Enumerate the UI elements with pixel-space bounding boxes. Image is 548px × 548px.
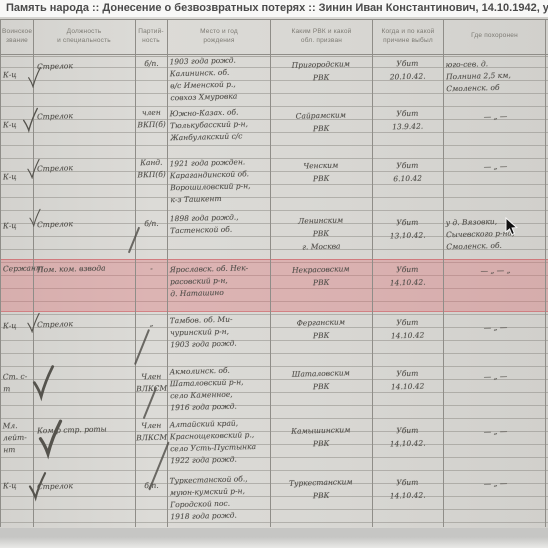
cell-birth: Алтайский край, Краснощековский р., село… [169,417,270,468]
cell-burial: — „ — [446,477,545,492]
cell-fate: Убит 13.9.42. [374,106,442,134]
column-header-rank: Воинское звание [2,28,32,45]
column-header-party: Партий- ность [136,28,166,45]
table-row: Ст. с-т Член ВЛКСМ Акмолинск. об. Шатало… [0,365,548,418]
cell-burial: — „ — [446,110,545,125]
table-row: К-ц Стрелок член ВКП(б) Южно-Казах. об. … [0,105,548,157]
cell-party: „ [136,318,167,331]
cell-position: Стрелок [37,109,133,124]
cell-rvk: Некрасовским РВК [272,262,371,291]
checkmark-icon [26,312,41,333]
cell-rvk: Сайрамским РВК [272,108,371,137]
cell-position: Стрелок [37,161,133,176]
cell-rvk: Шаталовским РВК [272,366,371,395]
cell-party: Член ВЛКСМ [136,371,168,396]
cell-rvk: Туркестанским РВК [272,475,371,504]
column-header-rvk: Каким РВК и какой обл. призван [272,28,371,45]
cell-party: - [136,263,167,276]
table-row: К-ц Стрелок б/п. 1898 года рожд., Тастен… [0,210,548,259]
table-row: Мл. лейт-нт Ком-р стр. роты Член ВЛКСМ А… [0,418,548,470]
cell-birth: 1903 года рожд. Калининск. об. в/с Именс… [169,54,270,105]
checkmark-icon [22,106,39,133]
table-header-row: Воинское звание Должность и специальност… [0,20,548,54]
cell-position: Пом. ком. взвода [37,262,133,277]
cell-rvk: Пригородским РВК [272,57,371,86]
cell-birth: 1921 года рожден. Карагандинской об. Вор… [169,156,270,207]
cell-fate: Убит 14.10.42. [374,262,442,290]
column-header-fate: Когда и по какой причине выбыл [374,28,442,45]
checkmark-icon [38,414,63,461]
cell-position: Стрелок [37,317,133,332]
cell-position: Стрелок [37,217,133,232]
checkmark-icon [28,468,47,503]
cell-position: Стрелок [37,479,133,494]
cell-burial: у д. Вязовки, Сычевского р-на, Смоленск.… [446,215,546,254]
mouse-cursor-icon [505,217,518,236]
cell-position: Стрелок [37,59,133,74]
column-header-burial: Где похоронен [445,32,544,41]
checkmark-icon [32,360,55,403]
cell-rank: Ст. с-т [3,371,34,396]
document-scan[interactable]: Воинское звание Должность и специальност… [0,17,548,528]
column-header-birth: Место и год рождения [169,28,269,45]
cell-fate: Убит 14.10.42. [374,475,442,503]
table-row: К-ц Стрелок „ Тамбов. об. Ми- чуринский … [0,312,548,365]
cell-fate: Убит 14.10.42. [374,423,442,451]
cell-birth: Акмолинск. об. Шаталовский р-н, село Кам… [169,364,270,415]
cell-burial: юго-сев. д. Полнина 2,5 км, Смоленск. об [446,57,546,96]
cell-party: б/п. [136,58,167,71]
cell-fate: Убит 20.10.42. [374,56,442,84]
checkmark-icon [26,158,41,179]
cell-burial: — „ — [446,160,545,175]
cell-burial: — „ — [446,425,545,440]
scan-bottom-edge [0,528,548,548]
table-row: К-ц Стрелок б/п. 1903 года рожд. Калинин… [0,55,548,105]
cell-burial: — „ — [446,370,545,385]
cell-rank: Сержант [3,263,33,276]
cell-party: Член ВЛКСМ [136,420,168,445]
cell-birth: Ярославск. об. Нек- расовский р-н, д. На… [170,262,271,301]
cell-fate: Убит 6.10.42 [374,158,442,186]
cell-rank: Мл. лейт-нт [3,420,34,457]
cell-party: б/п. [136,218,167,231]
cell-rvk: Ченским РВК [272,158,371,187]
table-row-zinin: Сержант Пом. ком. взвода - Ярославск. об… [0,259,548,312]
cell-burial: — „ — [446,321,545,336]
table-row: К-ц Стрелок б/п. Туркестанской об., муюн… [0,470,548,527]
cell-fate: Убит 13.10.42. [374,215,442,243]
table-row: К-ц Стрелок Канд. ВКП(б) 1921 года рожде… [0,157,548,210]
cell-burial: — „ — „ [446,264,545,279]
cell-rvk: Ленинским РВК г. Москва [272,213,371,255]
checkmark-icon [28,208,42,227]
cell-birth: Тамбов. об. Ми- чуринский р-н, 1903 года… [170,313,271,352]
column-header-position: Должность и специальность [35,28,133,45]
cell-birth: Туркестанской об., муюн-кумский р-н, Гор… [169,473,270,524]
cell-party: член ВКП(б) [136,107,168,132]
checkmark-icon [27,66,42,88]
cell-birth: 1898 года рожд., Тастенской об. [170,211,271,238]
cell-party: Канд. ВКП(б) [136,157,168,182]
cell-fate: Убит 14.10.42 [374,366,442,394]
cell-rvk: Камышинским РВК [272,423,371,452]
memory-people-document-viewer: Память народа :: Донесение о безвозвратн… [0,0,548,548]
cell-birth: Южно-Казах. об. Тюлькубасский р-н, Жанбу… [170,106,271,145]
cell-rvk: Ферганским РВК [272,315,371,344]
cell-fate: Убит 14.10.42 [374,315,442,343]
page-title: Память народа :: Донесение о безвозвратн… [0,0,548,17]
